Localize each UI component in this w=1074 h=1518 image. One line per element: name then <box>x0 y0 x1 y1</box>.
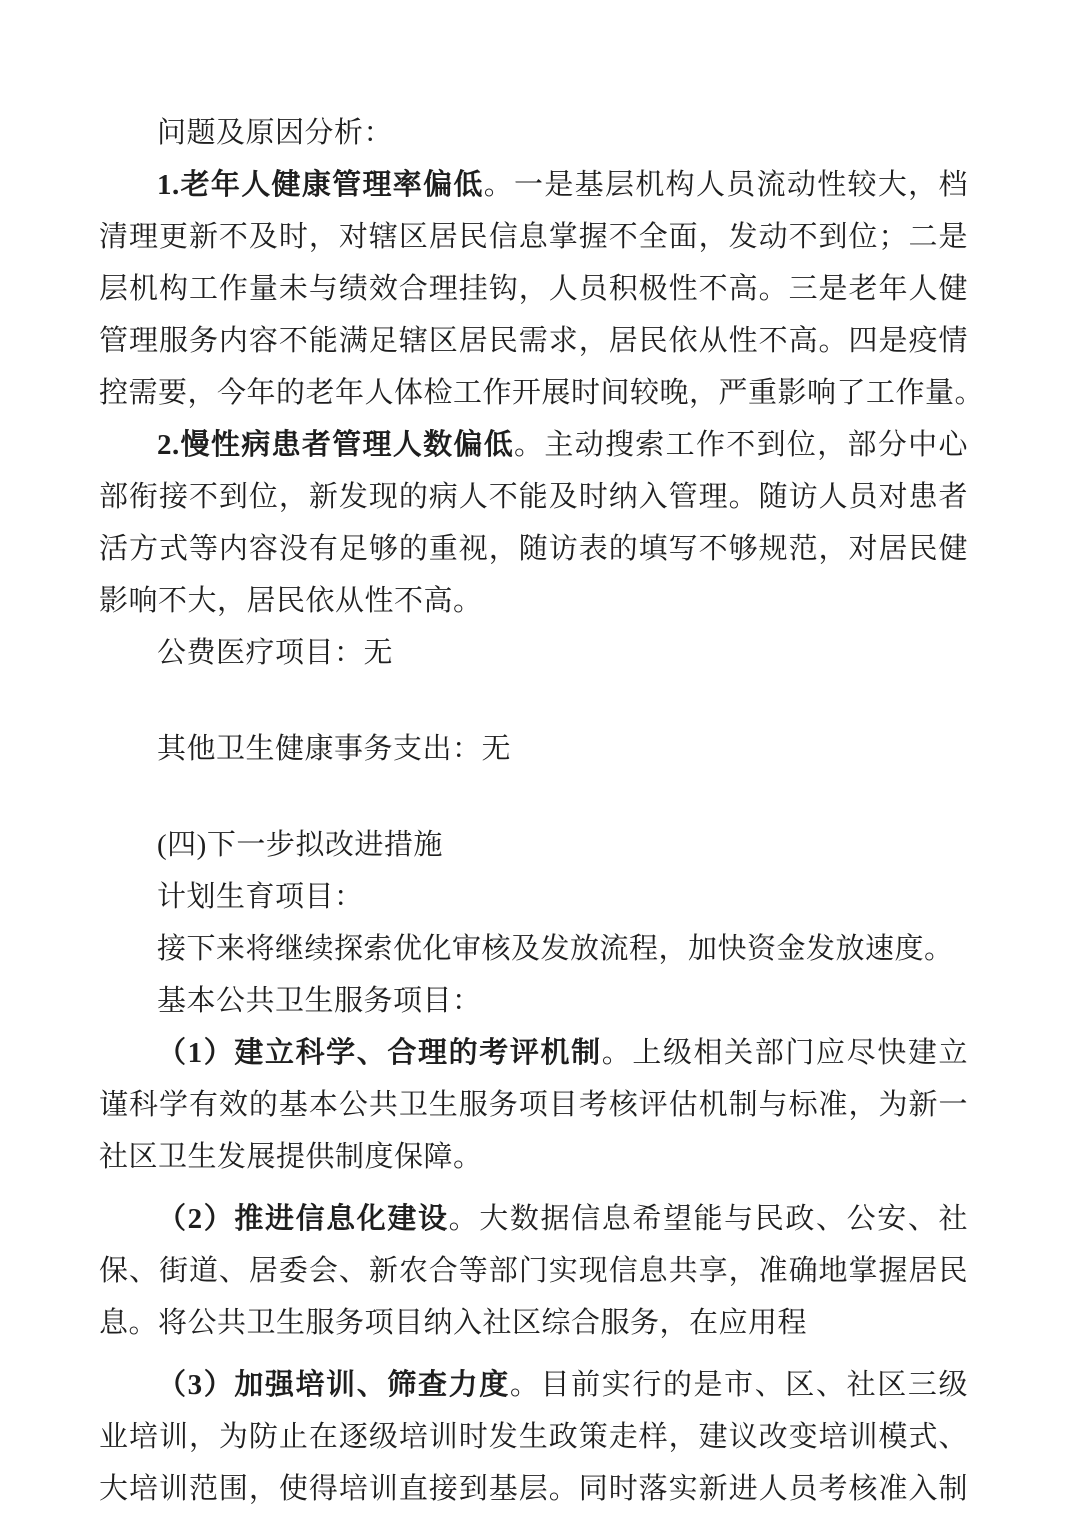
text-run: 接下来将继续探索优化审核及发放流程，加快资金发放速度。 <box>157 933 954 965</box>
text-line: 部衔接不到位，新发现的病人不能及时纳入管理。随访人员对患者生 <box>99 471 968 523</box>
text-run: 控需要，今年的老年人体检工作开展时间较晚，严重影响了工作量。 <box>99 377 984 409</box>
text-line: （2）推进信息化建设。大数据信息希望能与民政、公安、社 <box>99 1193 968 1245</box>
text-run: 层机构工作量未与绩效合理挂钩，人员积极性不高。三是老年人健康 <box>99 273 968 315</box>
document-body: 问题及原因分析：1.老年人健康管理率偏低。一是基层机构人员流动性较大，档案清理更… <box>99 107 968 1515</box>
text-line: 活方式等内容没有足够的重视，随访表的填写不够规范，对居民健康 <box>99 523 968 575</box>
text-run: 社区卫生发展提供制度保障。 <box>99 1141 483 1173</box>
text-run: 息。将公共卫生服务项目纳入社区综合服务，在应用程 <box>99 1307 807 1339</box>
text-line: （1）建立科学、合理的考评机制。上级相关部门应尽快建立严 <box>99 1027 968 1079</box>
text-run: 公费医疗项目：无 <box>157 637 393 669</box>
text-run: 业培训，为防止在逐级培训时发生政策走样，建议改变培训模式、扩 <box>99 1421 968 1463</box>
text-run: 大培训范围，使得培训直接到基层。同时落实新进人员考核准入制 <box>99 1473 968 1505</box>
bold-text-run: （3）加强培训、筛查力度 <box>157 1369 510 1401</box>
text-run: 管理服务内容不能满足辖区居民需求，居民依从性不高。四是疫情防 <box>99 325 968 367</box>
bold-text-run: （2）推进信息化建设 <box>157 1203 449 1235</box>
text-line: 层机构工作量未与绩效合理挂钩，人员积极性不高。三是老年人健康 <box>99 263 968 315</box>
bold-text-run: 1.老年人健康管理率偏低 <box>157 169 484 201</box>
text-run: 谨科学有效的基本公共卫生服务项目考核评估机制与标准，为新一轮 <box>99 1089 968 1131</box>
text-run: 活方式等内容没有足够的重视，随访表的填写不够规范，对居民健康 <box>99 533 968 575</box>
bold-text-run: （1）建立科学、合理的考评机制 <box>157 1037 602 1069</box>
text-run: 清理更新不及时，对辖区居民信息掌握不全面，发动不到位；二是基 <box>99 221 968 263</box>
text-run: 影响不大，居民依从性不高。 <box>99 585 483 617</box>
text-run: 保、街道、居委会、新农合等部门实现信息共享，准确地掌握居民信 <box>99 1255 968 1297</box>
text-line: 1.老年人健康管理率偏低。一是基层机构人员流动性较大，档案 <box>99 159 968 211</box>
text-line: 业培训，为防止在逐级培训时发生政策走样，建议改变培训模式、扩 <box>99 1411 968 1463</box>
text-line: 息。将公共卫生服务项目纳入社区综合服务，在应用程 <box>99 1297 968 1349</box>
text-line: 清理更新不及时，对辖区居民信息掌握不全面，发动不到位；二是基 <box>99 211 968 263</box>
blank-line <box>99 775 968 819</box>
blank-line <box>99 679 968 723</box>
text-line: 问题及原因分析： <box>99 107 968 159</box>
text-line: 接下来将继续探索优化审核及发放流程，加快资金发放速度。 <box>99 923 968 975</box>
text-line: 保、街道、居委会、新农合等部门实现信息共享，准确地掌握居民信 <box>99 1245 968 1297</box>
text-line: 社区卫生发展提供制度保障。 <box>99 1131 968 1183</box>
text-line: 基本公共卫生服务项目： <box>99 975 968 1027</box>
text-line: （3）加强培训、筛查力度。目前实行的是市、区、社区三级专 <box>99 1359 968 1411</box>
text-run: 其他卫生健康事务支出：无 <box>157 733 511 765</box>
text-line: 2.慢性病患者管理人数偏低。主动搜索工作不到位，部分中心内 <box>99 419 968 471</box>
text-line: 公费医疗项目：无 <box>99 627 968 679</box>
text-run: 。大数据信息希望能与民政、公安、社 <box>449 1203 968 1235</box>
document-page: 问题及原因分析：1.老年人健康管理率偏低。一是基层机构人员流动性较大，档案清理更… <box>0 0 1074 1518</box>
text-line: 谨科学有效的基本公共卫生服务项目考核评估机制与标准，为新一轮 <box>99 1079 968 1131</box>
bold-text-run: 2.慢性病患者管理人数偏低 <box>157 429 514 461</box>
text-run: 问题及原因分析： <box>157 117 393 149</box>
text-line: (四)下一步拟改进措施 <box>99 819 968 871</box>
text-line: 控需要，今年的老年人体检工作开展时间较晚，严重影响了工作量。 <box>99 367 968 419</box>
text-run: (四)下一步拟改进措施 <box>157 829 443 861</box>
text-run: 计划生育项目： <box>157 881 364 913</box>
text-run: 部衔接不到位，新发现的病人不能及时纳入管理。随访人员对患者生 <box>99 481 968 523</box>
text-line: 其他卫生健康事务支出：无 <box>99 723 968 775</box>
text-line: 管理服务内容不能满足辖区居民需求，居民依从性不高。四是疫情防 <box>99 315 968 367</box>
text-run: 基本公共卫生服务项目： <box>157 985 482 1017</box>
text-line: 计划生育项目： <box>99 871 968 923</box>
text-line: 影响不大，居民依从性不高。 <box>99 575 968 627</box>
text-line: 大培训范围，使得培训直接到基层。同时落实新进人员考核准入制 <box>99 1463 968 1515</box>
